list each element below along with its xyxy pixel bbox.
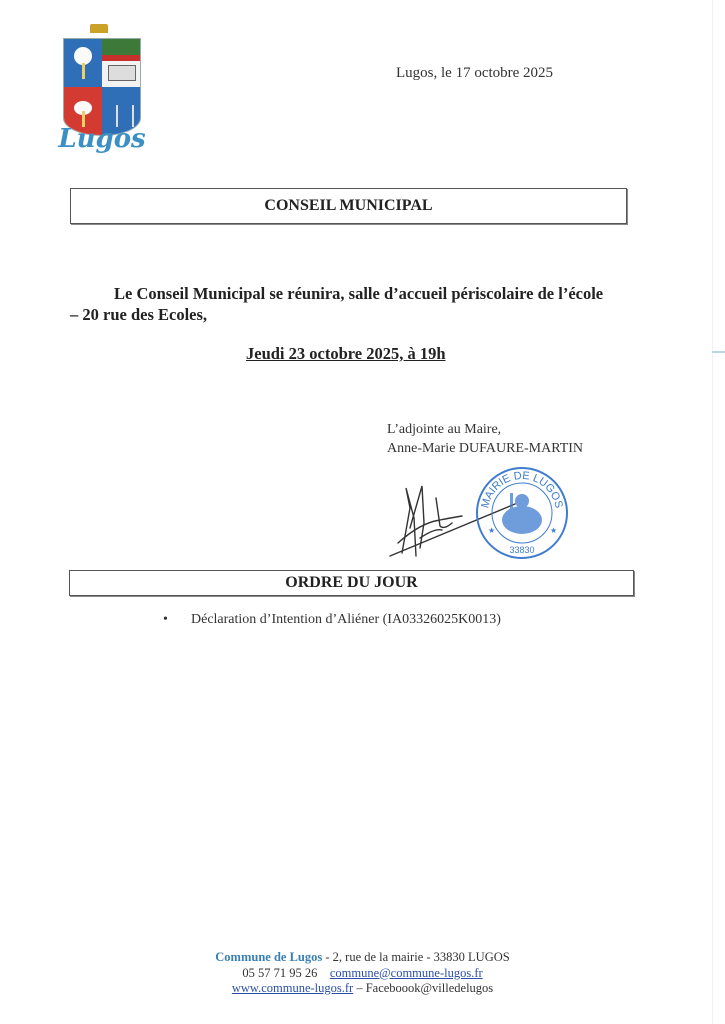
footer-web-line: www.commune-lugos.fr – Faceboook@villede… [0, 981, 725, 997]
municipal-logo: Lugos [55, 24, 147, 164]
footer-address: - 2, rue de la mairie - 33830 LUGOS [322, 950, 509, 964]
footer: Commune de Lugos - 2, rue de la mairie -… [0, 950, 725, 997]
footer-social: – Faceboook@villedelugos [353, 981, 493, 995]
page-edge-mark [712, 351, 725, 353]
coat-of-arms-icon [63, 38, 141, 136]
signatory-name: Anne-Marie DUFAURE-MARTIN [387, 439, 583, 458]
crown-icon [90, 24, 108, 33]
footer-email-link[interactable]: commune@commune-lugos.fr [330, 966, 483, 980]
footer-contact-line: 05 57 71 95 26 commune@commune-lugos.fr [0, 966, 725, 982]
agenda-list: •Déclaration d’Intention d’Aliéner (IA03… [163, 612, 501, 628]
meeting-date: Jeudi 23 octobre 2025, à 19h [246, 344, 446, 364]
announcement-line-2: – 20 rue des Ecoles, [70, 304, 540, 325]
signatory-role: L’adjointe au Maire, [387, 420, 583, 439]
stamp-postcode: 33830 [509, 545, 534, 555]
official-stamp-icon: MAIRIE DE LUGOS ★ ★ 33830 [474, 465, 570, 561]
footer-brand: Commune de Lugos [215, 950, 322, 964]
footer-address-line: Commune de Lugos - 2, rue de la mairie -… [0, 950, 725, 966]
page-edge-line [712, 0, 713, 1024]
footer-website-link[interactable]: www.commune-lugos.fr [232, 981, 353, 995]
svg-text:★: ★ [550, 526, 557, 535]
agenda-item: •Déclaration d’Intention d’Aliéner (IA03… [163, 612, 501, 628]
signatory-block: L’adjointe au Maire, Anne-Marie DUFAURE-… [387, 420, 583, 458]
agenda-title: ORDRE DU JOUR [285, 574, 417, 591]
svg-text:★: ★ [488, 526, 495, 535]
date-line: Lugos, le 17 octobre 2025 [396, 65, 553, 82]
announcement-line-1: Le Conseil Municipal se réunira, salle d… [70, 283, 540, 304]
meeting-announcement: Le Conseil Municipal se réunira, salle d… [70, 283, 540, 325]
agenda-title-box: ORDRE DU JOUR [69, 570, 634, 596]
logo-text: Lugos [57, 124, 147, 154]
section-title-box: CONSEIL MUNICIPAL [70, 188, 627, 224]
section-title: CONSEIL MUNICIPAL [264, 197, 432, 214]
agenda-item-text: Déclaration d’Intention d’Aliéner (IA033… [191, 612, 501, 627]
bullet-icon: • [163, 612, 191, 628]
footer-phone: 05 57 71 95 26 [242, 966, 317, 980]
